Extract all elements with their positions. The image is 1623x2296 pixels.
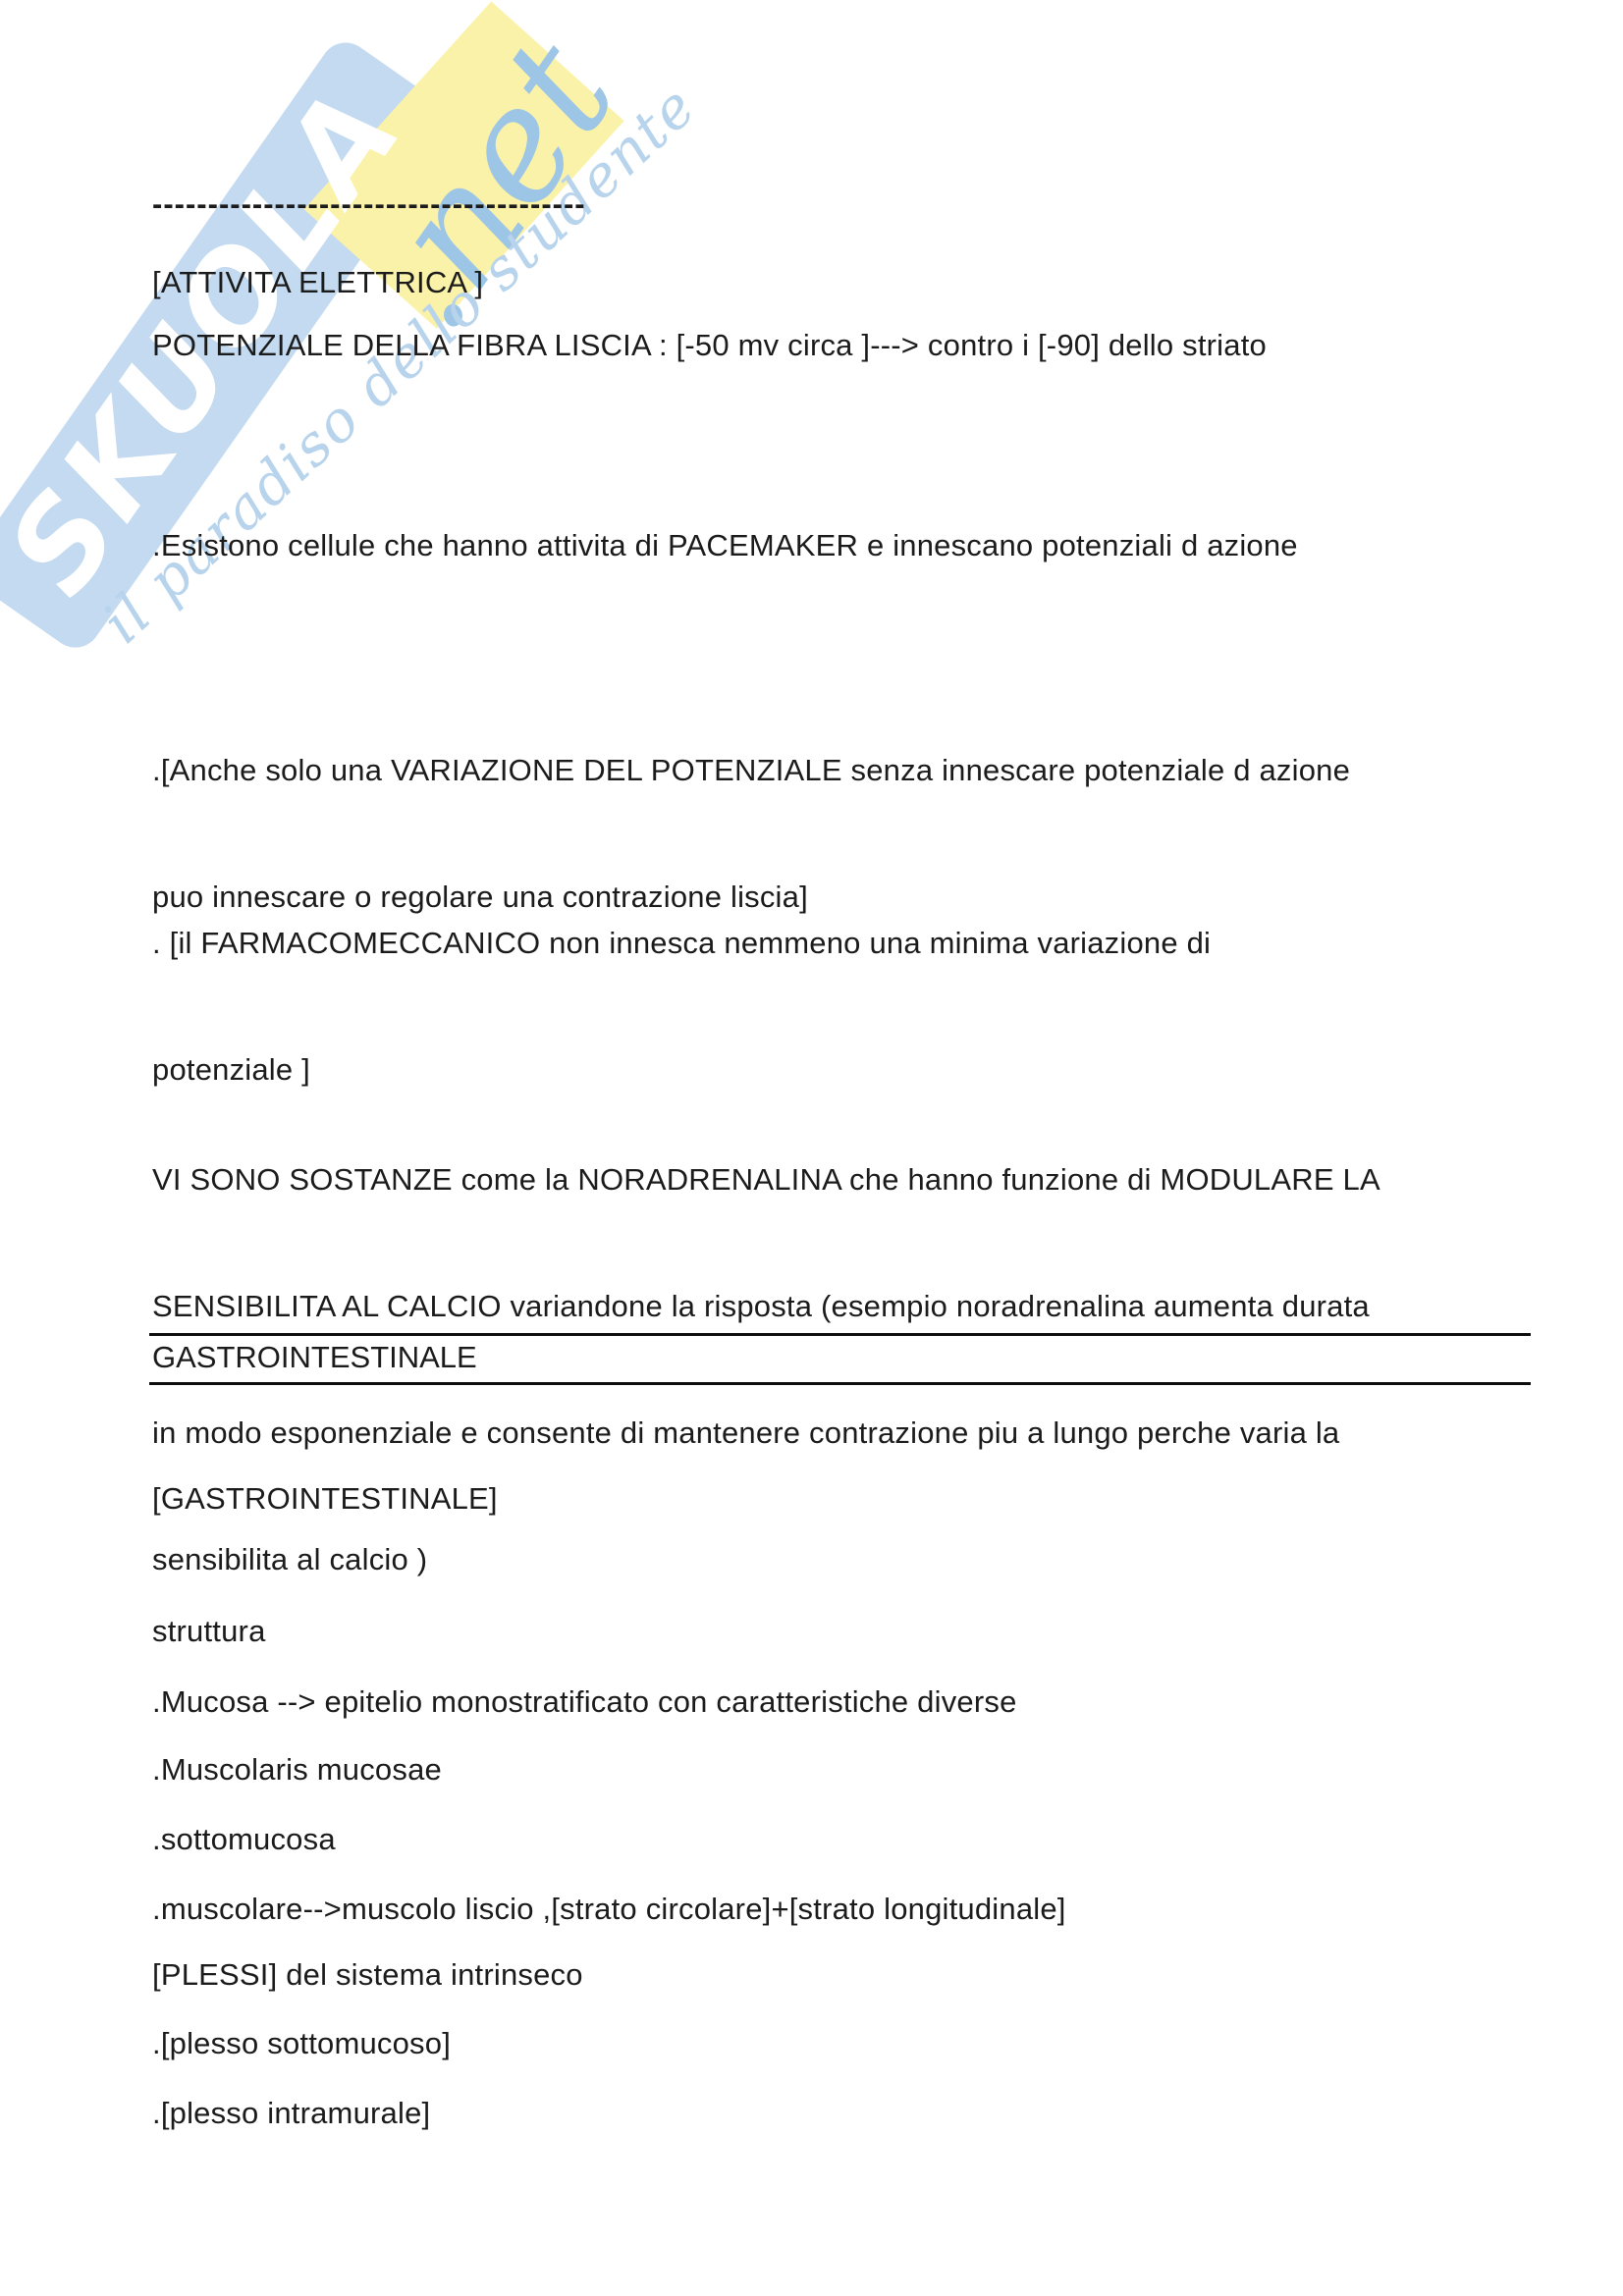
list-item-muscolare: .muscolare-->muscolo liscio ,[strato cir… — [152, 1888, 1535, 1930]
paragraph-line: . [il FARMACOMECCANICO non innesca nemme… — [152, 922, 1535, 964]
list-item-plesso-sottomucoso: .[plesso sottomucoso] — [152, 2022, 1535, 2064]
paragraph-line: in modo esponenziale e consente di mante… — [152, 1412, 1535, 1454]
paragraph-gastrointestinale-bracket: [GASTROINTESTINALE] — [152, 1477, 1535, 1520]
paragraph-line: .[Anche solo una VARIAZIONE DEL POTENZIA… — [152, 749, 1535, 791]
list-item-plesso-intramurale: .[plesso intramurale] — [152, 2092, 1535, 2134]
paragraph-struttura: struttura — [152, 1610, 1535, 1652]
list-item-muscolaris-mucosae: .Muscolaris mucosae — [152, 1748, 1535, 1790]
paragraph-attivita-elettrica: [ATTIVITA ELETTRICA ] — [152, 261, 1535, 303]
paragraph-potenziale-fibra: POTENZIALE DELLA FIBRA LISCIA : [-50 mv … — [152, 324, 1535, 366]
list-item-mucosa: .Mucosa --> epitelio monostratificato co… — [152, 1681, 1535, 1723]
list-item-plessi: [PLESSI] del sistema intrinseco — [152, 1953, 1535, 1996]
dashed-divider: --------------------------------------- — [152, 183, 1535, 225]
paragraph-line: sensibilita al calcio ) — [152, 1538, 1535, 1580]
list-item-sottomucosa: .sottomucosa — [152, 1818, 1535, 1860]
section-heading-gastrointestinale: GASTROINTESTINALE — [149, 1333, 1531, 1385]
paragraph-esistono-cellule: .Esistono cellule che hanno attivita di … — [152, 524, 1535, 566]
paragraph-line: SENSIBILITA AL CALCIO variandone la risp… — [152, 1285, 1535, 1327]
document-page: SKUOLA .net il paradiso dello studente -… — [0, 0, 1623, 2296]
paragraph-line: VI SONO SOSTANZE come la NORADRENALINA c… — [152, 1158, 1535, 1201]
